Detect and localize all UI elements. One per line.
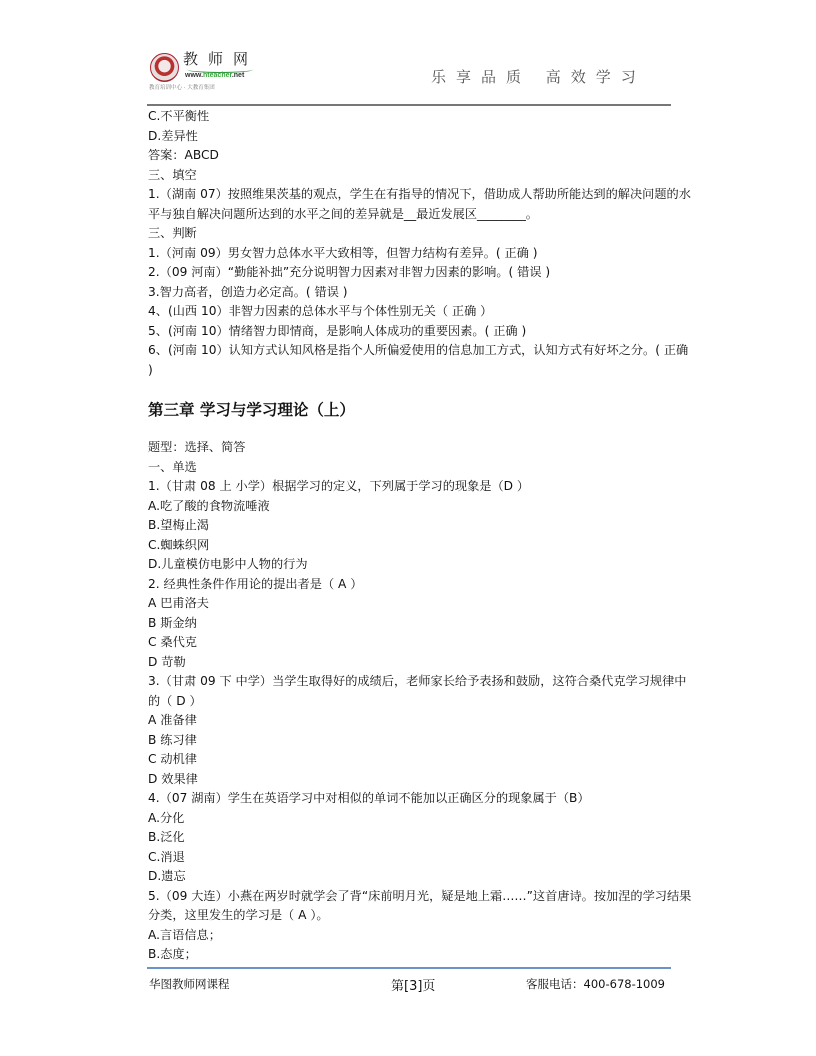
logo-emblem-icon [150,53,179,82]
answer-line: 答案：ABCD [148,146,693,166]
question-stem: 1.（甘肃 08 上 小学）根据学习的定义，下列属于学习的现象是（D ） [148,477,693,497]
header-divider [147,104,671,106]
question-stem: 4.（07 湖南）学生在英语学习中对相似的单词不能加以正确区分的现象属于（B） [148,789,693,809]
option-c: C 桑代克 [148,633,693,653]
logo-subtitle: 教育培训中心 · 大教育集团 [149,83,215,91]
logo-url-highlight: hteacher [203,72,232,79]
logo-url-prefix: www. [185,72,203,79]
option-b: B 练习律 [148,731,693,751]
question-2: 2. 经典性条件作用论的提出者是（ A ） A 巴甫洛夫 B 斯金纳 C 桑代克… [148,575,693,673]
option-b: B.望梅止渴 [148,516,693,536]
section-heading-fill-blank: 三、填空 [148,166,693,186]
logo-url-suffix: .net [232,72,244,79]
site-logo: 教师网 www.hteacher.net 教育培训中心 · 大教育集团 [147,50,257,94]
section-heading-judge: 三、判断 [148,224,693,244]
footer-course-name: 华图教师网课程 [149,976,230,992]
option-c: C.蜘蛛织网 [148,536,693,556]
chapter-title: 第三章 学习与学习理论（上） [148,399,693,421]
option-b: B.态度； [148,945,693,965]
option-a: A.言语信息； [148,926,693,946]
page-footer: 华图教师网课程 第[3]页 客服电话：400-678-1009 [149,976,669,994]
judge-item: 4、(山西 10）非智力因素的总体水平与个体性别无关（ 正确 ） [148,302,693,322]
option-line: C.不平衡性 [148,107,693,127]
option-c: C 动机律 [148,750,693,770]
logo-url: www.hteacher.net [185,72,244,79]
judge-item: 1.（河南 09）男女智力总体水平大致相等，但智力结构有差异。( 正确 ) [148,244,693,264]
question-types: 题型：选择、简答 [148,438,693,458]
option-d: D 效果律 [148,770,693,790]
question-stem: 2. 经典性条件作用论的提出者是（ A ） [148,575,693,595]
judge-item: 3.智力高者，创造力必定高。( 错误 ) [148,283,693,303]
question-4: 4.（07 湖南）学生在英语学习中对相似的单词不能加以正确区分的现象属于（B） … [148,789,693,887]
question-5: 5.（09 大连）小燕在两岁时就学会了背“床前明月光，疑是地上霜……”这首唐诗。… [148,887,693,965]
option-c: C.消退 [148,848,693,868]
page-header: 教师网 www.hteacher.net 教育培训中心 · 大教育集团 乐享品质… [147,50,672,106]
footer-divider [147,967,671,969]
judge-item: 6、(河南 10）认知方式认知风格是指个人所偏爱使用的信息加工方式，认知方式有好… [148,341,693,380]
footer-hotline: 客服电话：400-678-1009 [526,976,665,992]
option-b: B 斯金纳 [148,614,693,634]
option-a: A 巴甫洛夫 [148,594,693,614]
option-d: D.儿童模仿电影中人物的行为 [148,555,693,575]
judge-item: 2.（09 河南）“勤能补拙”充分说明智力因素对非智力因素的影响。( 错误 ) [148,263,693,283]
question-3: 3.（甘肃 09 下 中学）当学生取得好的成绩后，老师家长给予表扬和鼓励，这符合… [148,672,693,789]
option-a: A 准备律 [148,711,693,731]
page-number: 第[3]页 [391,975,435,994]
document-body: C.不平衡性 D.差异性 答案：ABCD 三、填空 1.（湖南 07）按照维果茨… [148,107,693,965]
question-1: 1.（甘肃 08 上 小学）根据学习的定义，下列属于学习的现象是（D ） A.吃… [148,477,693,575]
fill-blank-question: 1.（湖南 07）按照维果茨基的观点，学生在有指导的情况下，借助成人帮助所能达到… [148,185,693,224]
header-slogan: 乐享品质 高效学习 [431,66,646,87]
option-d: D.遗忘 [148,867,693,887]
option-a: A.分化 [148,809,693,829]
question-stem: 3.（甘肃 09 下 中学）当学生取得好的成绩后，老师家长给予表扬和鼓励，这符合… [148,672,693,711]
option-d: D 苛勒 [148,653,693,673]
question-stem: 5.（09 大连）小燕在两岁时就学会了背“床前明月光，疑是地上霜……”这首唐诗。… [148,887,693,926]
option-b: B.泛化 [148,828,693,848]
option-line: D.差异性 [148,127,693,147]
judge-item: 5、(河南 10）情绪智力即情商，是影响人体成功的重要因素。( 正确 ) [148,322,693,342]
section-heading-single-choice: 一、单选 [148,458,693,478]
option-a: A.吃了酸的食物流唾液 [148,497,693,517]
